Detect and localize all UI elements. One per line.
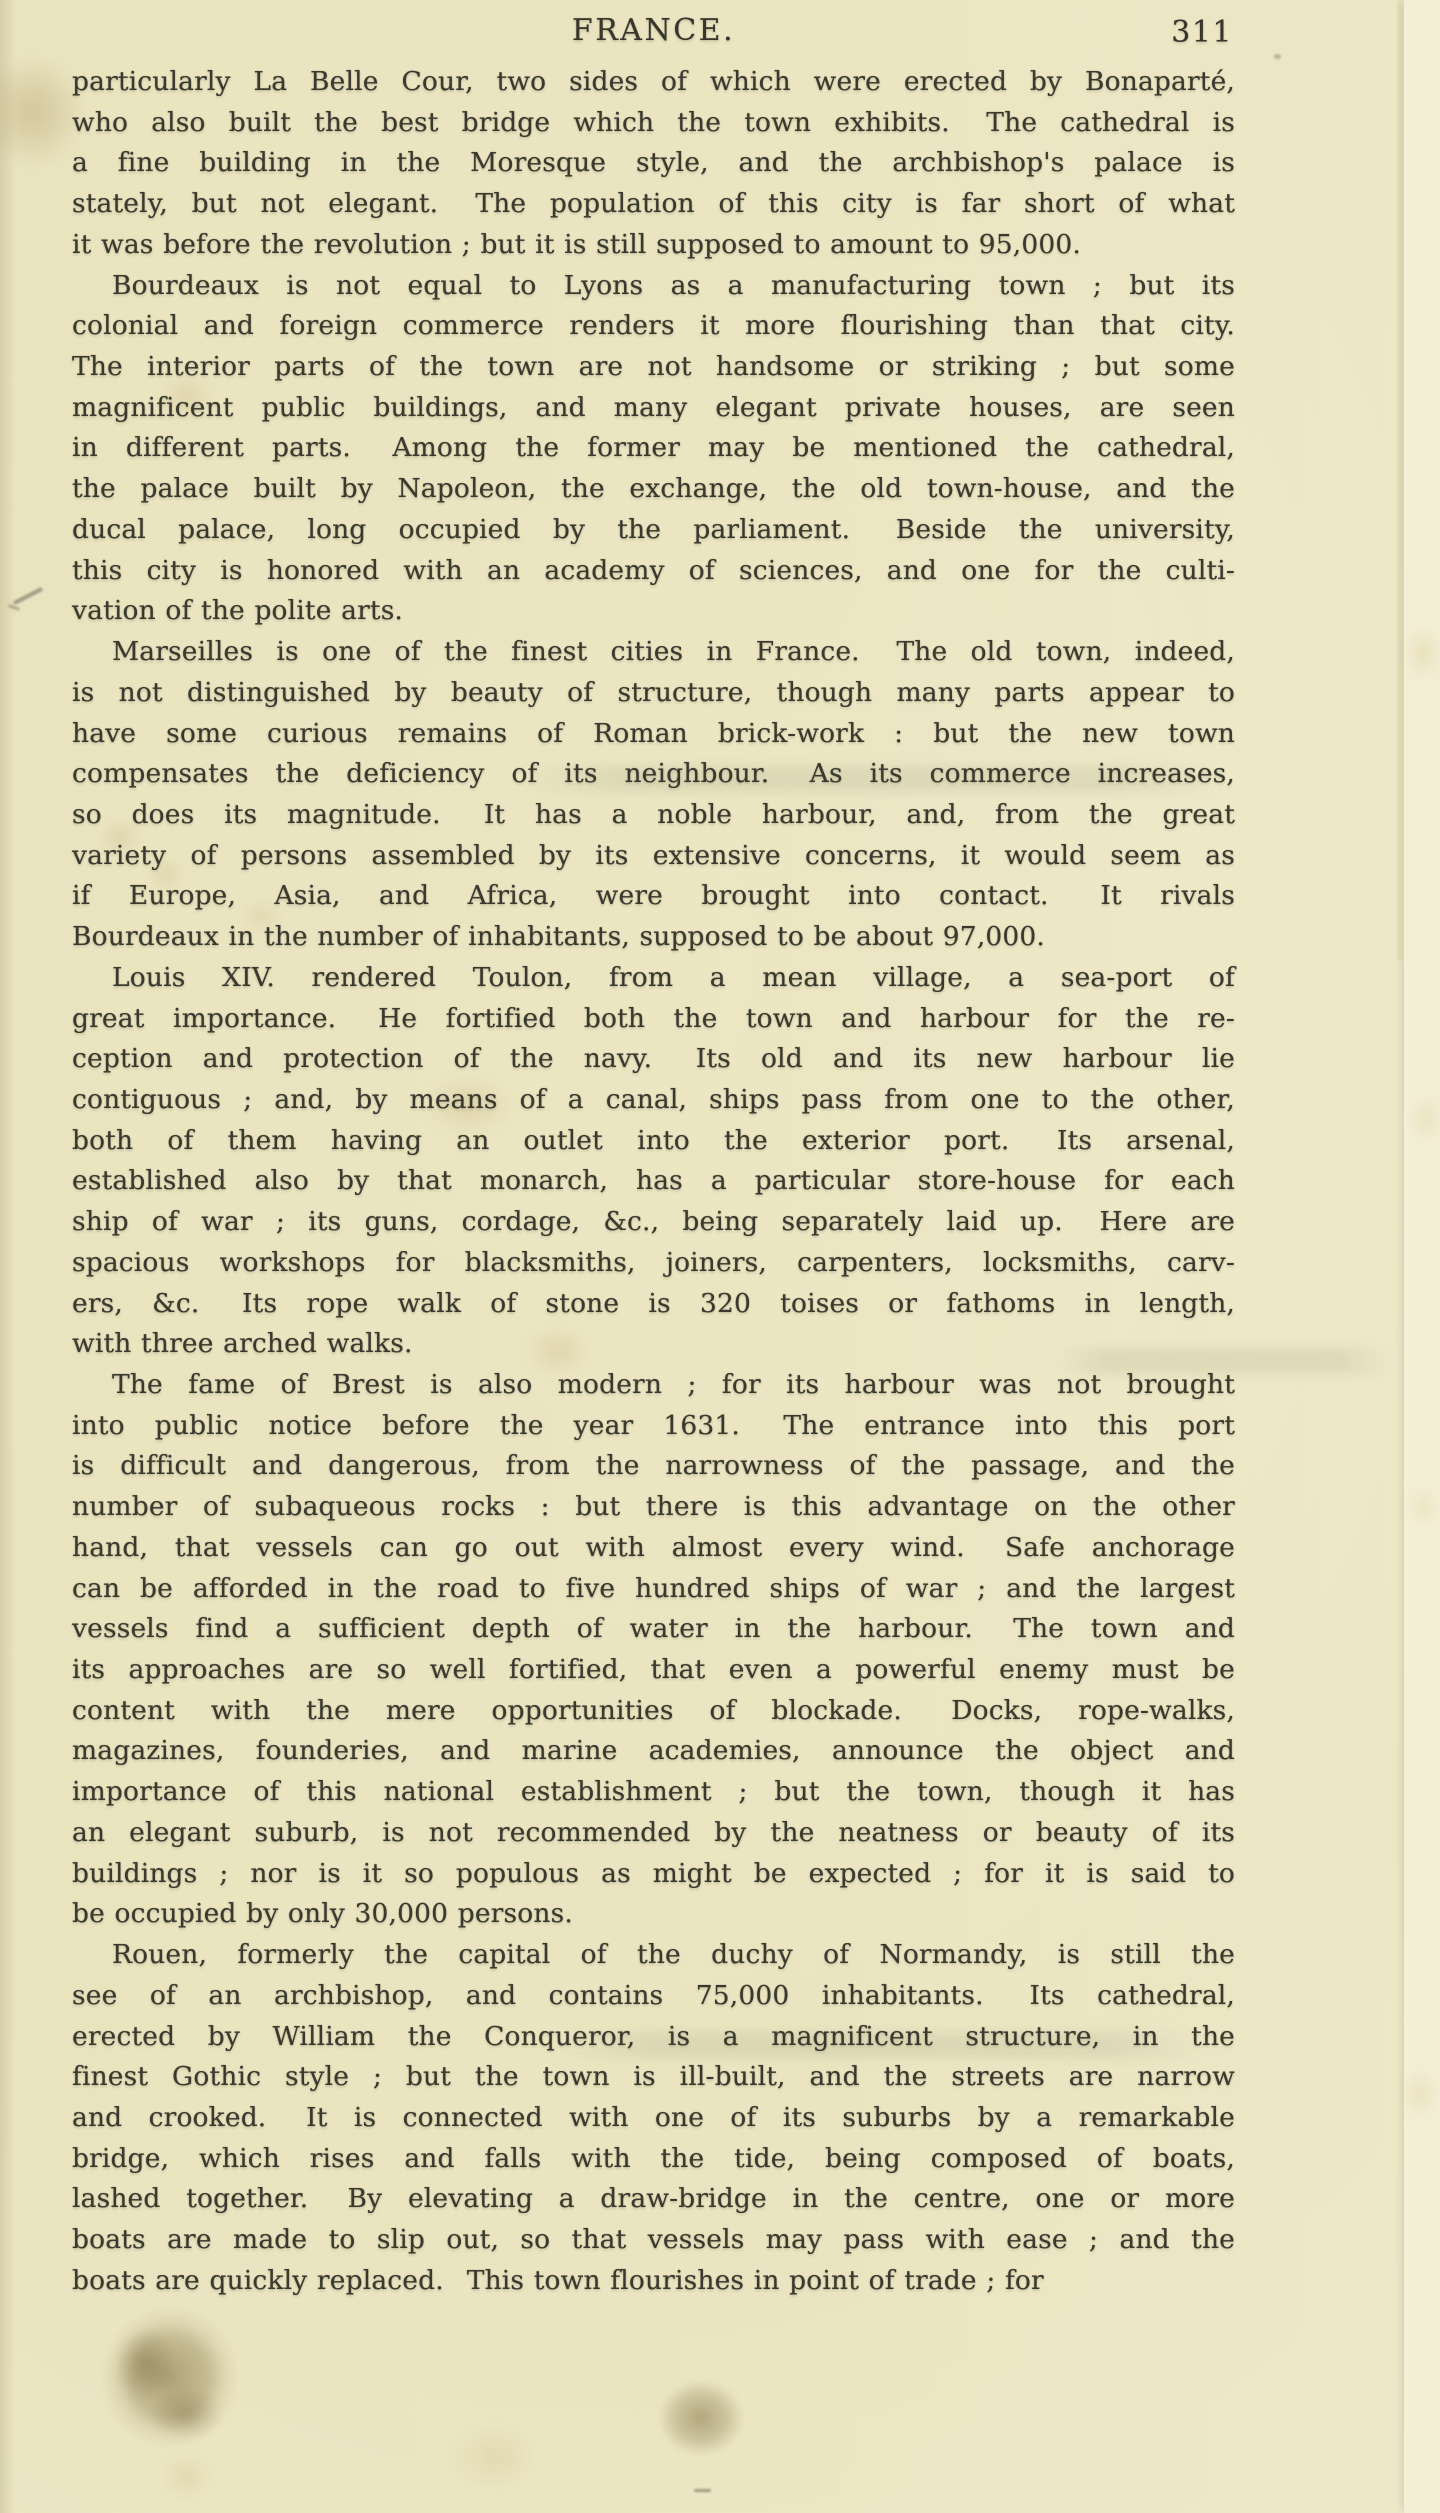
text-line: ception and protection of the navy. Its … (72, 1039, 1235, 1080)
text-line: number of subaqueous rocks : but there i… (72, 1487, 1235, 1528)
text-line: vessels find a sufficient depth of water… (72, 1609, 1235, 1650)
text-line: an elegant suburb, is not recommended by… (72, 1813, 1235, 1854)
text-line: stately, but not elegant. The population… (72, 184, 1235, 225)
text-line: ship of war ; its guns, cordage, &c., be… (72, 1202, 1235, 1243)
page-header: FRANCE. 311 (72, 13, 1235, 57)
foxing-spot (452, 2426, 536, 2488)
text-line: be occupied by only 30,000 persons. (72, 1894, 1235, 1935)
page-number: 311 (1171, 15, 1233, 50)
text-line: erected by William the Conqueror, is a m… (72, 2017, 1235, 2058)
book-page: FRANCE. 311 particularly La Belle Cour, … (0, 0, 1440, 2513)
text-line: finest Gothic style ; but the town is il… (72, 2057, 1235, 2098)
page-crease (1399, 0, 1401, 960)
text-line: in different parts. Among the former may… (72, 428, 1235, 469)
text-line: both of them having an outlet into the e… (72, 1121, 1235, 1162)
paragraph: The fame of Brest is also modern ; for i… (72, 1365, 1235, 1935)
text-line: boats are quickly replaced. This town fl… (72, 2261, 1235, 2302)
stain (150, 2388, 222, 2440)
text-line: a fine building in the Moresque style, a… (72, 143, 1235, 184)
text-line: ers, &c. Its rope walk of stone is 320 t… (72, 1284, 1235, 1325)
paragraph: Louis XIV. rendered Toulon, from a mean … (72, 958, 1235, 1365)
text-line: see of an archbishop, and contains 75,00… (72, 1976, 1235, 2017)
text-line: is difficult and dangerous, from the nar… (72, 1446, 1235, 1487)
text-line: into public notice before the year 1631.… (72, 1406, 1235, 1447)
text-line: boats are made to slip out, so that vess… (72, 2220, 1235, 2261)
paragraph: Rouen, formerly the capital of the duchy… (72, 1935, 1235, 2301)
text-line: if Europe, Asia, and Africa, were brough… (72, 876, 1235, 917)
text-line: it was before the revolution ; but it is… (72, 225, 1235, 266)
text-line: hand, that vessels can go out with almos… (72, 1528, 1235, 1569)
paragraph: Bourdeaux is not equal to Lyons as a man… (72, 266, 1235, 632)
text-line: content with the mere opportunities of b… (72, 1691, 1235, 1732)
text-line: Bourdeaux is not equal to Lyons as a man… (72, 266, 1235, 307)
text-line: its approaches are so well fortified, th… (72, 1650, 1235, 1691)
text-line: bridge, which rises and falls with the t… (72, 2139, 1235, 2180)
text-line: contiguous ; and, by means of a canal, s… (72, 1080, 1235, 1121)
stain (114, 2328, 176, 2400)
paper-speck (1274, 54, 1281, 59)
text-line: buildings ; nor is it so populous as mig… (72, 1854, 1235, 1895)
stain (100, 2306, 240, 2448)
text-line: magnificent public buildings, and many e… (72, 388, 1235, 429)
text-line: importance of this national establishmen… (72, 1772, 1235, 1813)
text-line: so does its magnitude. It has a noble ha… (72, 795, 1235, 836)
text-line: colonial and foreign commerce renders it… (72, 306, 1235, 347)
text-line: The fame of Brest is also modern ; for i… (72, 1365, 1235, 1406)
text-line: The interior parts of the town are not h… (72, 347, 1235, 388)
gutter-shadow (0, 0, 16, 2513)
text-line: is not distinguished by beauty of struct… (72, 673, 1235, 714)
text-line: have some curious remains of Roman brick… (72, 714, 1235, 755)
page-fore-edge (1404, 0, 1440, 2513)
text-line: ducal palace, long occupied by the parli… (72, 510, 1235, 551)
text-line: this city is honored with an academy of … (72, 551, 1235, 592)
text-line: and crooked. It is connected with one of… (72, 2098, 1235, 2139)
text-line: compensates the deficiency of its neighb… (72, 754, 1235, 795)
running-head-title: FRANCE. (572, 13, 735, 48)
text-line: magazines, founderies, and marine academ… (72, 1731, 1235, 1772)
text-line: variety of persons assembled by its exte… (72, 836, 1235, 877)
text-line: established also by that monarch, has a … (72, 1161, 1235, 1202)
text-line: lashed together. By elevating a draw-bri… (72, 2179, 1235, 2220)
text-line: great importance. He fortified both the … (72, 999, 1235, 1040)
text-line: Rouen, formerly the capital of the duchy… (72, 1935, 1235, 1976)
text-line: spacious workshops for blacksmiths, join… (72, 1243, 1235, 1284)
paragraph: Marseilles is one of the finest cities i… (72, 632, 1235, 958)
foxing-spot (162, 2456, 210, 2498)
stain (658, 2380, 744, 2456)
page-text: particularly La Belle Cour, two sides of… (72, 62, 1235, 2302)
paragraph: particularly La Belle Cour, two sides of… (72, 62, 1235, 266)
text-line: can be afforded in the road to five hund… (72, 1569, 1235, 1610)
text-line: particularly La Belle Cour, two sides of… (72, 62, 1235, 103)
paper-speck (694, 2489, 711, 2492)
pencil-mark (13, 587, 43, 605)
text-line: who also built the best bridge which the… (72, 103, 1235, 144)
text-line: with three arched walks. (72, 1324, 1235, 1365)
text-line: Marseilles is one of the finest cities i… (72, 632, 1235, 673)
text-line: vation of the polite arts. (72, 591, 1235, 632)
text-line: Bourdeaux in the number of inhabitants, … (72, 917, 1235, 958)
text-line: Louis XIV. rendered Toulon, from a mean … (72, 958, 1235, 999)
text-line: the palace built by Napoleon, the exchan… (72, 469, 1235, 510)
